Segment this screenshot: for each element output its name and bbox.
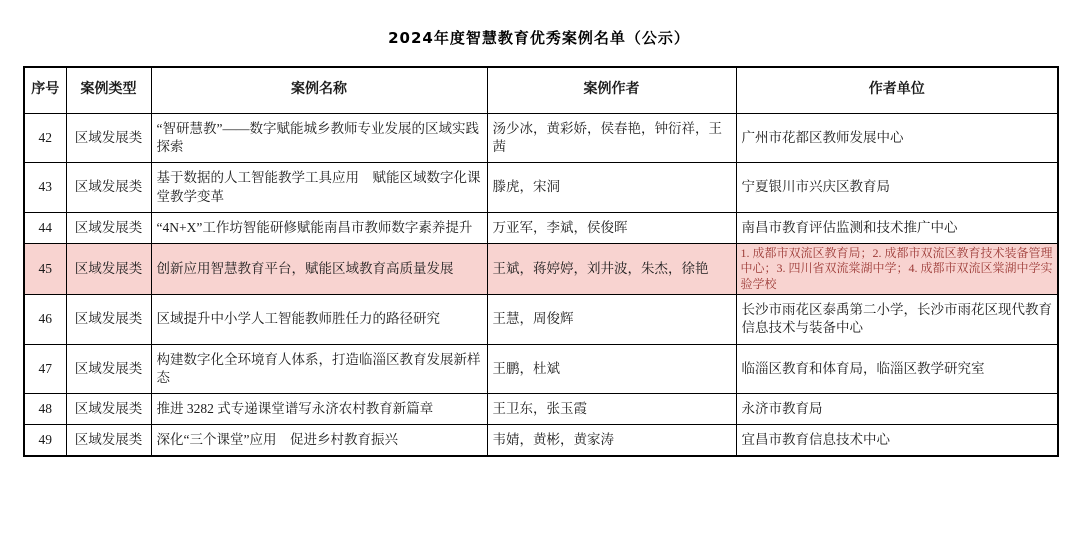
table-row: 42 区域发展类 “智研慧教”——数字赋能城乡教师专业发展的区域实践探索 汤少冰… <box>24 113 1058 162</box>
table-row: 49 区域发展类 深化“三个课堂”应用 促进乡村教育振兴 韦婧，黄彬，黄家涛 宜… <box>24 425 1058 457</box>
case-type-cell: 区域发展类 <box>66 425 151 457</box>
case-number-cell: 49 <box>24 425 66 457</box>
case-authors-cell: 滕虎，宋洞 <box>487 163 736 212</box>
author-org-cell: 临淄区教育和体育局，临淄区教学研究室 <box>736 344 1058 393</box>
case-name-cell: 基于数据的人工智能教学工具应用 赋能区域数字化课堂教学变革 <box>151 163 487 212</box>
author-org-cell: 1. 成都市双流区教育局；2. 成都市双流区教育技术装备管理中心；3. 四川省双… <box>736 243 1058 294</box>
case-number-cell: 44 <box>24 212 66 243</box>
case-type-cell: 区域发展类 <box>66 113 151 162</box>
case-type-cell: 区域发展类 <box>66 243 151 294</box>
case-type-cell: 区域发展类 <box>66 344 151 393</box>
header-cell-authors: 案例作者 <box>487 67 736 113</box>
case-authors-cell: 汤少冰，黄彩娇，侯春艳，钟衍祥，王茜 <box>487 113 736 162</box>
case-type-cell: 区域发展类 <box>66 295 151 344</box>
case-authors-cell: 王鹏，杜斌 <box>487 344 736 393</box>
case-name-cell: 区域提升中小学人工智能教师胜任力的路径研究 <box>151 295 487 344</box>
header-cell-name: 案例名称 <box>151 67 487 113</box>
case-type-cell: 区域发展类 <box>66 163 151 212</box>
header-row: 序号 案例类型 案例名称 案例作者 作者单位 <box>24 67 1058 113</box>
case-number-cell: 45 <box>24 243 66 294</box>
table-row: 44 区域发展类 “4N+X”工作坊智能研修赋能南昌市教师数字素养提升 万亚军，… <box>24 212 1058 243</box>
table-row: 46 区域发展类 区域提升中小学人工智能教师胜任力的路径研究 王慧，周俊辉 长沙… <box>24 295 1058 344</box>
case-number-cell: 48 <box>24 393 66 424</box>
case-authors-cell: 王卫东，张玉霞 <box>487 393 736 424</box>
table-row: 45 区域发展类 创新应用智慧教育平台，赋能区域教育高质量发展 王斌，蒋婷婷，刘… <box>24 243 1058 294</box>
case-authors-cell: 王慧，周俊辉 <box>487 295 736 344</box>
case-authors-cell: 韦婧，黄彬，黄家涛 <box>487 425 736 457</box>
table-row: 48 区域发展类 推进 3282 式专递课堂谱写永济农村教育新篇章 王卫东，张玉… <box>24 393 1058 424</box>
table-body: 42 区域发展类 “智研慧教”——数字赋能城乡教师专业发展的区域实践探索 汤少冰… <box>24 113 1058 456</box>
header-cell-type: 案例类型 <box>66 67 151 113</box>
case-number-cell: 46 <box>24 295 66 344</box>
case-type-cell: 区域发展类 <box>66 212 151 243</box>
case-number-cell: 43 <box>24 163 66 212</box>
page-title: 2024年度智慧教育优秀案例名单（公示） <box>0 0 1078 48</box>
case-name-cell: “智研慧教”——数字赋能城乡教师专业发展的区域实践探索 <box>151 113 487 162</box>
case-authors-cell: 万亚军，李斌，侯俊晖 <box>487 212 736 243</box>
author-org-cell: 长沙市雨花区泰禹第二小学，长沙市雨花区现代教育信息技术与装备中心 <box>736 295 1058 344</box>
case-number-cell: 42 <box>24 113 66 162</box>
case-name-cell: “4N+X”工作坊智能研修赋能南昌市教师数字素养提升 <box>151 212 487 243</box>
case-type-cell: 区域发展类 <box>66 393 151 424</box>
case-authors-cell: 王斌，蒋婷婷，刘井波，朱杰，徐艳 <box>487 243 736 294</box>
author-org-cell: 宁夏银川市兴庆区教育局 <box>736 163 1058 212</box>
author-org-cell: 永济市教育局 <box>736 393 1058 424</box>
case-name-cell: 推进 3282 式专递课堂谱写永济农村教育新篇章 <box>151 393 487 424</box>
author-org-cell: 宜昌市教育信息技术中心 <box>736 425 1058 457</box>
case-name-cell: 创新应用智慧教育平台，赋能区域教育高质量发展 <box>151 243 487 294</box>
case-name-cell: 深化“三个课堂”应用 促进乡村教育振兴 <box>151 425 487 457</box>
case-name-cell: 构建数字化全环境育人体系，打造临淄区教育发展新样态 <box>151 344 487 393</box>
author-org-cell: 南昌市教育评估监测和技术推广中心 <box>736 212 1058 243</box>
case-list-table: 序号 案例类型 案例名称 案例作者 作者单位 42 区域发展类 “智研慧教”——… <box>23 66 1059 457</box>
table-row: 47 区域发展类 构建数字化全环境育人体系，打造临淄区教育发展新样态 王鹏，杜斌… <box>24 344 1058 393</box>
table-row: 43 区域发展类 基于数据的人工智能教学工具应用 赋能区域数字化课堂教学变革 滕… <box>24 163 1058 212</box>
case-number-cell: 47 <box>24 344 66 393</box>
table-header: 序号 案例类型 案例名称 案例作者 作者单位 <box>24 67 1058 113</box>
header-cell-no: 序号 <box>24 67 66 113</box>
author-org-cell: 广州市花都区教师发展中心 <box>736 113 1058 162</box>
header-cell-org: 作者单位 <box>736 67 1058 113</box>
